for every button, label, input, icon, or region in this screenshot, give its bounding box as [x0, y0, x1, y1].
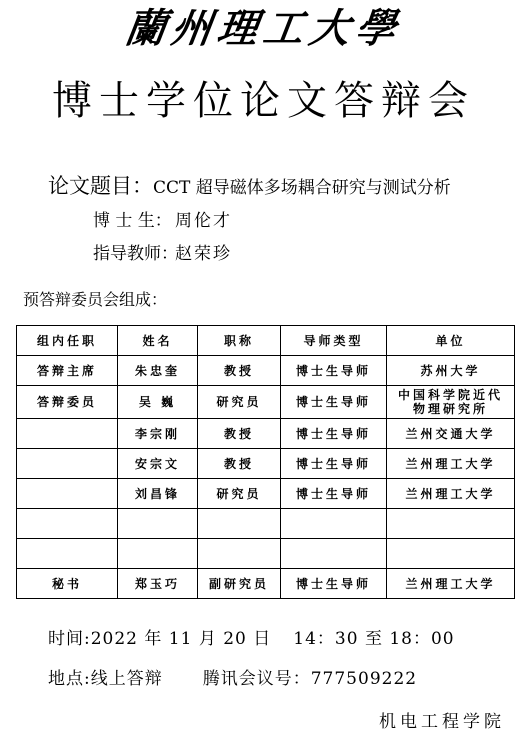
- student-label: 博 士 生：: [93, 209, 175, 233]
- cell-title: 教授: [198, 356, 281, 386]
- header-institution: 单位: [387, 326, 515, 356]
- defense-date: 2022 年 11 月 20 日: [91, 629, 272, 649]
- cell-institution: 苏州大学: [387, 356, 515, 386]
- cell-advisor-type: 博士生导师: [281, 449, 387, 479]
- cell-name: 李宗刚: [118, 419, 198, 449]
- cell-institution: 兰州理工大学: [387, 449, 515, 479]
- cell-name: 吴 巍: [118, 386, 198, 419]
- cell-role: [17, 509, 118, 539]
- cell-role: [17, 479, 118, 509]
- cell-role: [17, 419, 118, 449]
- thesis-title-label: 论文题目：: [48, 174, 153, 198]
- cell-institution: 兰州理工大学: [387, 479, 515, 509]
- advisor-name: 赵荣珍: [175, 244, 232, 264]
- cell-role: 答辩委员: [17, 386, 118, 419]
- committee-heading: 预答辩委员会组成：: [23, 289, 167, 311]
- cell-advisor-type: 博士生导师: [281, 479, 387, 509]
- advisor-label: 指导教师：: [93, 242, 175, 266]
- header-title: 职称: [198, 326, 281, 356]
- table-row-secretary: 秘书 郑玉巧 副研究员 博士生导师 兰州理工大学: [17, 569, 515, 599]
- cell-role: [17, 449, 118, 479]
- cell-name: [118, 539, 198, 569]
- cell-institution: 兰州理工大学: [387, 569, 515, 599]
- cell-title: 研究员: [198, 479, 281, 509]
- time-label: 时间:: [48, 629, 91, 649]
- table-row-empty: [17, 509, 515, 539]
- student-name: 周伦才: [175, 211, 232, 231]
- cell-institution: [387, 509, 515, 539]
- defense-time-line: 时间:2022 年 11 月 20 日14：30 至 18：00: [48, 627, 455, 651]
- university-calligraphy-logo: 蘭州理工大學: [0, 6, 527, 52]
- table-row: 安宗文 教授 博士生导师 兰州理工大学: [17, 449, 515, 479]
- cell-name: 郑玉巧: [118, 569, 198, 599]
- cell-advisor-type: [281, 509, 387, 539]
- defense-time-range: 14：30 至 18：00: [293, 629, 454, 649]
- cell-advisor-type: 博士生导师: [281, 386, 387, 419]
- header-role: 组内任职: [17, 326, 118, 356]
- place-label: 地点:: [48, 669, 91, 689]
- cell-title: 研究员: [198, 386, 281, 419]
- cell-role: 答辩主席: [17, 356, 118, 386]
- cell-institution: [387, 539, 515, 569]
- cell-advisor-type: 博士生导师: [281, 419, 387, 449]
- table-row-empty: [17, 539, 515, 569]
- page-title: 博士学位论文答辩会: [0, 76, 527, 126]
- defense-place-line: 地点:线上答辩腾讯会议号：777509222: [48, 667, 417, 691]
- cell-title: 教授: [198, 449, 281, 479]
- cell-role: [17, 539, 118, 569]
- cell-title: 副研究员: [198, 569, 281, 599]
- thesis-title-value: CCT 超导磁体多场耦合研究与测试分析: [153, 178, 451, 198]
- meeting-id: 777509222: [311, 669, 417, 689]
- advisor-line: 指导教师：赵荣珍: [93, 242, 232, 266]
- cell-advisor-type: 博士生导师: [281, 569, 387, 599]
- cell-title: [198, 539, 281, 569]
- table-row: 李宗刚 教授 博士生导师 兰州交通大学: [17, 419, 515, 449]
- committee-table: 组内任职 姓名 职称 导师类型 单位 答辩主席 朱忠奎 教授 博士生导师 苏州大…: [16, 325, 515, 599]
- cell-institution: 中国科学院近代物理研究所: [387, 386, 515, 419]
- meeting-id-label: 腾讯会议号：: [203, 669, 311, 689]
- thesis-title-line: 论文题目：CCT 超导磁体多场耦合研究与测试分析: [48, 173, 451, 201]
- header-name: 姓名: [118, 326, 198, 356]
- cell-advisor-type: 博士生导师: [281, 356, 387, 386]
- cell-title: 教授: [198, 419, 281, 449]
- table-row: 刘昌锋 研究员 博士生导师 兰州理工大学: [17, 479, 515, 509]
- student-line: 博 士 生：周伦才: [93, 209, 232, 233]
- cell-name: 朱忠奎: [118, 356, 198, 386]
- cell-role: 秘书: [17, 569, 118, 599]
- cell-advisor-type: [281, 539, 387, 569]
- header-advisor-type: 导师类型: [281, 326, 387, 356]
- cell-institution: 兰州交通大学: [387, 419, 515, 449]
- department-signature: 机电工程学院: [379, 710, 505, 734]
- cell-name: 刘昌锋: [118, 479, 198, 509]
- table-header-row: 组内任职 姓名 职称 导师类型 单位: [17, 326, 515, 356]
- cell-title: [198, 509, 281, 539]
- place-value: 线上答辩: [91, 669, 163, 689]
- table-row: 答辩主席 朱忠奎 教授 博士生导师 苏州大学: [17, 356, 515, 386]
- table-row: 答辩委员 吴 巍 研究员 博士生导师 中国科学院近代物理研究所: [17, 386, 515, 419]
- cell-name: 安宗文: [118, 449, 198, 479]
- cell-name: [118, 509, 198, 539]
